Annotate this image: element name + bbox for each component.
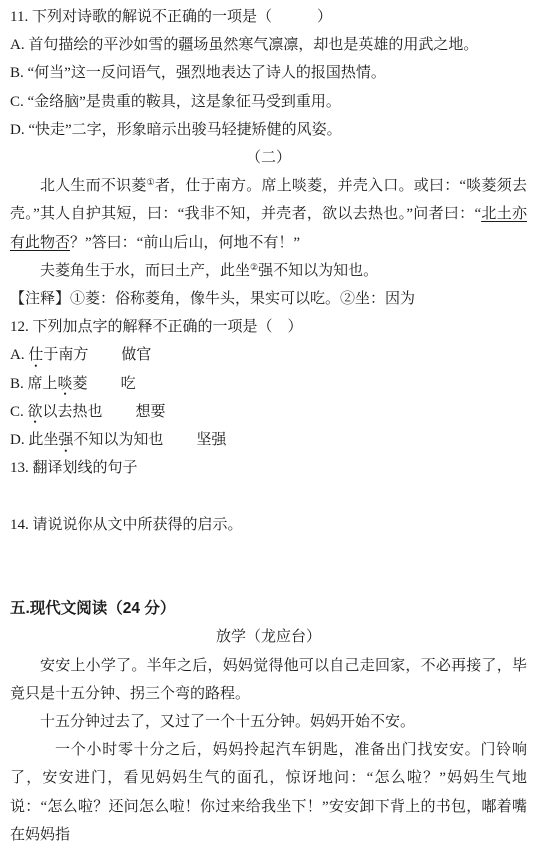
q11-option-c: C. “金络脑”是贵重的鞍具，这是象征马受到重用。: [10, 88, 527, 116]
option-phrase: 欲以去热也: [28, 404, 103, 420]
classical-passage-para2: 夫菱角生于水，而曰土产，此坐②强不知以为知也。: [10, 257, 527, 285]
phrase-post: 于南方: [43, 347, 88, 363]
phrase-post: 以去热也: [43, 404, 103, 420]
dotted-char: 欲: [28, 404, 43, 420]
option-label: A.: [10, 347, 25, 363]
q11-option-d: D. “快走”二字，形象暗示出骏马轻捷矫健的风姿。: [10, 116, 527, 144]
exam-page: 11. 下列对诗歌的解说不正确的一项是（ ） A. 首句描绘的平沙如雪的疆场虽然…: [0, 0, 537, 846]
phrase-post: 不知以为知也: [73, 432, 163, 448]
passage-seg: 北人生而不识菱: [40, 178, 147, 194]
footnote-ref-2: ②: [250, 262, 258, 272]
section5-heading: 五.现代文阅读（24 分）: [10, 595, 527, 623]
q12-option-a: A. 仕于南方做官: [10, 341, 527, 369]
q12-option-b: B. 席上啖菱吃: [10, 370, 527, 398]
answer-space-q14: [10, 539, 527, 595]
answer-space-q13: [10, 482, 527, 510]
passage-seg: 夫菱角生于水，而曰土产，此坐: [40, 263, 250, 279]
section-two-label: （二）: [10, 144, 527, 172]
dotted-char: 啖: [58, 376, 73, 392]
option-label: D.: [10, 432, 25, 448]
option-label: C.: [10, 404, 24, 420]
passage-seg: ？”答曰：“前山后山，何地不有！”: [70, 235, 300, 251]
dotted-char: 仕: [28, 347, 43, 363]
q11-option-b: B. “何当”这一反问语气，强烈地表达了诗人的报国热情。: [10, 59, 527, 87]
option-meaning: 做官: [121, 347, 151, 363]
option-phrase: 仕于南方: [28, 347, 88, 363]
q12-stem: 12. 下列加点字的解释不正确的一项是（ ）: [10, 313, 527, 341]
option-phrase: 席上啖菱: [28, 376, 88, 392]
option-meaning: 坚强: [196, 432, 226, 448]
reading-title: 放学（龙应台）: [10, 623, 527, 651]
reading-paragraph-2: 十五分钟过去了，又过了一个十五分钟。妈妈开始不安。: [10, 708, 527, 736]
q13-stem: 13. 翻译划线的句子: [10, 454, 527, 482]
option-label: B.: [10, 376, 24, 392]
q11-option-a: A. 首句描绘的平沙如雪的疆场虽然寒气凛凛，却也是英雄的用武之地。: [10, 31, 527, 59]
phrase-pre: 此坐: [28, 432, 58, 448]
footnote-ref-1: ①: [147, 177, 155, 187]
passage-seg: 强不知以为知也。: [258, 263, 378, 279]
q14-stem: 14. 请说说你从文中所获得的启示。: [10, 511, 527, 539]
reading-paragraph-3: 一个小时零十分之后，妈妈拎起汽车钥匙，准备出门找安安。门铃响了，安安进门，看见妈…: [10, 736, 527, 846]
phrase-pre: 席上: [28, 376, 58, 392]
option-meaning: 吃: [121, 376, 136, 392]
classical-passage-para1: 北人生而不识菱①者，仕于南方。席上啖菱，并壳入口。或曰：“啖菱须去壳。”其人自护…: [10, 172, 527, 257]
phrase-post: 菱: [73, 376, 88, 392]
q12-option-c: C. 欲以去热也想要: [10, 398, 527, 426]
dotted-char: 强: [58, 432, 73, 448]
annotation-line: 【注释】①菱：俗称菱角，像牛头，果实可以吃。②坐：因为: [10, 285, 527, 313]
q11-stem: 11. 下列对诗歌的解说不正确的一项是（ ）: [10, 3, 527, 31]
q12-option-d: D. 此坐强不知以为知也坚强: [10, 426, 527, 454]
option-meaning: 想要: [136, 404, 166, 420]
reading-paragraph-1: 安安上小学了。半年之后，妈妈觉得他可以自己走回家，不必再接了，毕竟只是十五分钟、…: [10, 652, 527, 708]
option-phrase: 此坐强不知以为知也: [28, 432, 163, 448]
